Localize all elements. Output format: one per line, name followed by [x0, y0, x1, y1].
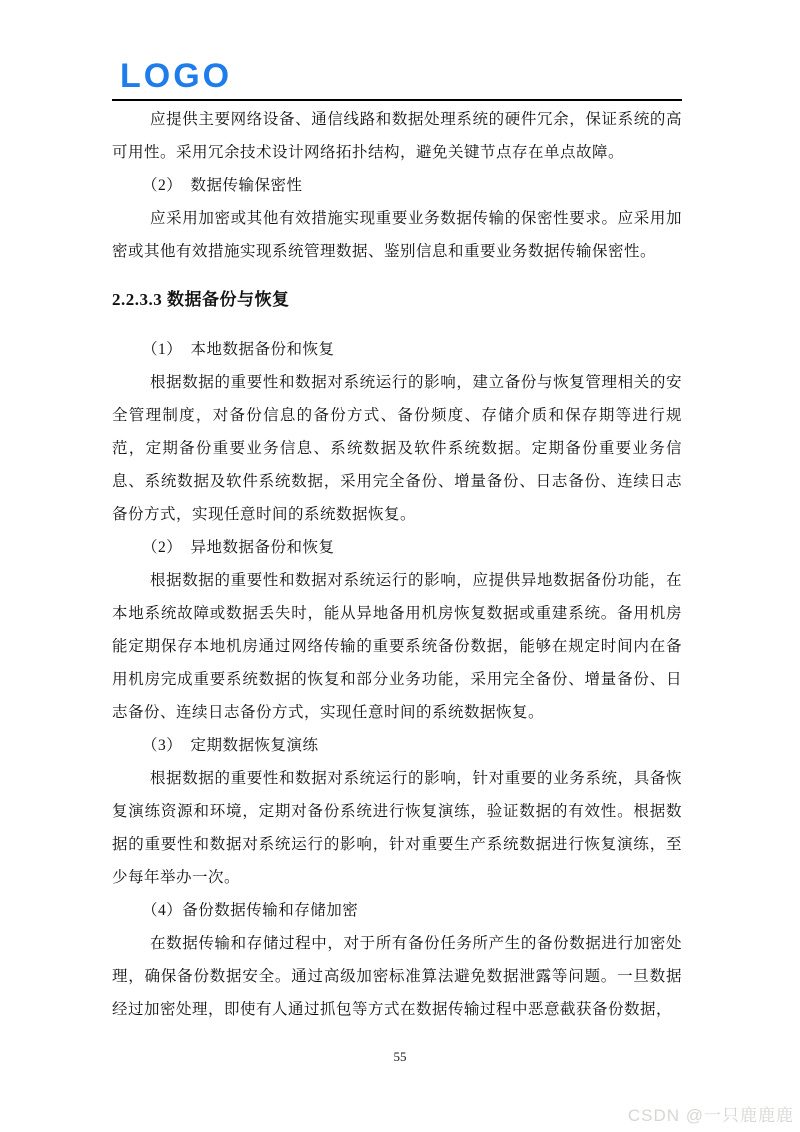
list-item: （2） 数据传输保密性 — [112, 169, 682, 202]
paragraph: 应提供主要网络设备、通信线路和数据处理系统的硬件冗余，保证系统的高可用性。采用冗… — [112, 103, 682, 169]
paragraph: 根据数据的重要性和数据对系统运行的影响，应提供异地数据备份功能，在本地系统故障或… — [112, 564, 682, 729]
list-item: （2） 异地数据备份和恢复 — [112, 531, 682, 564]
page-header: LOGO — [112, 58, 682, 94]
list-item: （3） 定期数据恢复演练 — [112, 729, 682, 762]
document-body: 应提供主要网络设备、通信线路和数据处理系统的硬件冗余，保证系统的高可用性。采用冗… — [112, 101, 682, 1026]
document-page: LOGO 应提供主要网络设备、通信线路和数据处理系统的硬件冗余，保证系统的高可用… — [0, 0, 800, 1132]
paragraph: 根据数据的重要性和数据对系统运行的影响，建立备份与恢复管理相关的安全管理制度，对… — [112, 366, 682, 531]
list-item: （1） 本地数据备份和恢复 — [112, 333, 682, 366]
paragraph: 根据数据的重要性和数据对系统运行的影响，针对重要的业务系统，具备恢复演练资源和环… — [112, 762, 682, 894]
logo-text: LOGO — [120, 58, 232, 95]
paragraph: 应采用加密或其他有效措施实现重要业务数据传输的保密性要求。应采用加密或其他有效措… — [112, 202, 682, 268]
section-heading: 2.2.3.3 数据备份与恢复 — [112, 283, 682, 316]
list-item: （4）备份数据传输和存储加密 — [112, 894, 682, 927]
page-number: 55 — [0, 1049, 800, 1065]
paragraph: 在数据传输和存储过程中，对于所有备份任务所产生的备份数据进行加密处理，确保备份数… — [112, 927, 682, 1026]
csdn-watermark: CSDN @一只鹿鹿鹿 — [628, 1101, 794, 1126]
